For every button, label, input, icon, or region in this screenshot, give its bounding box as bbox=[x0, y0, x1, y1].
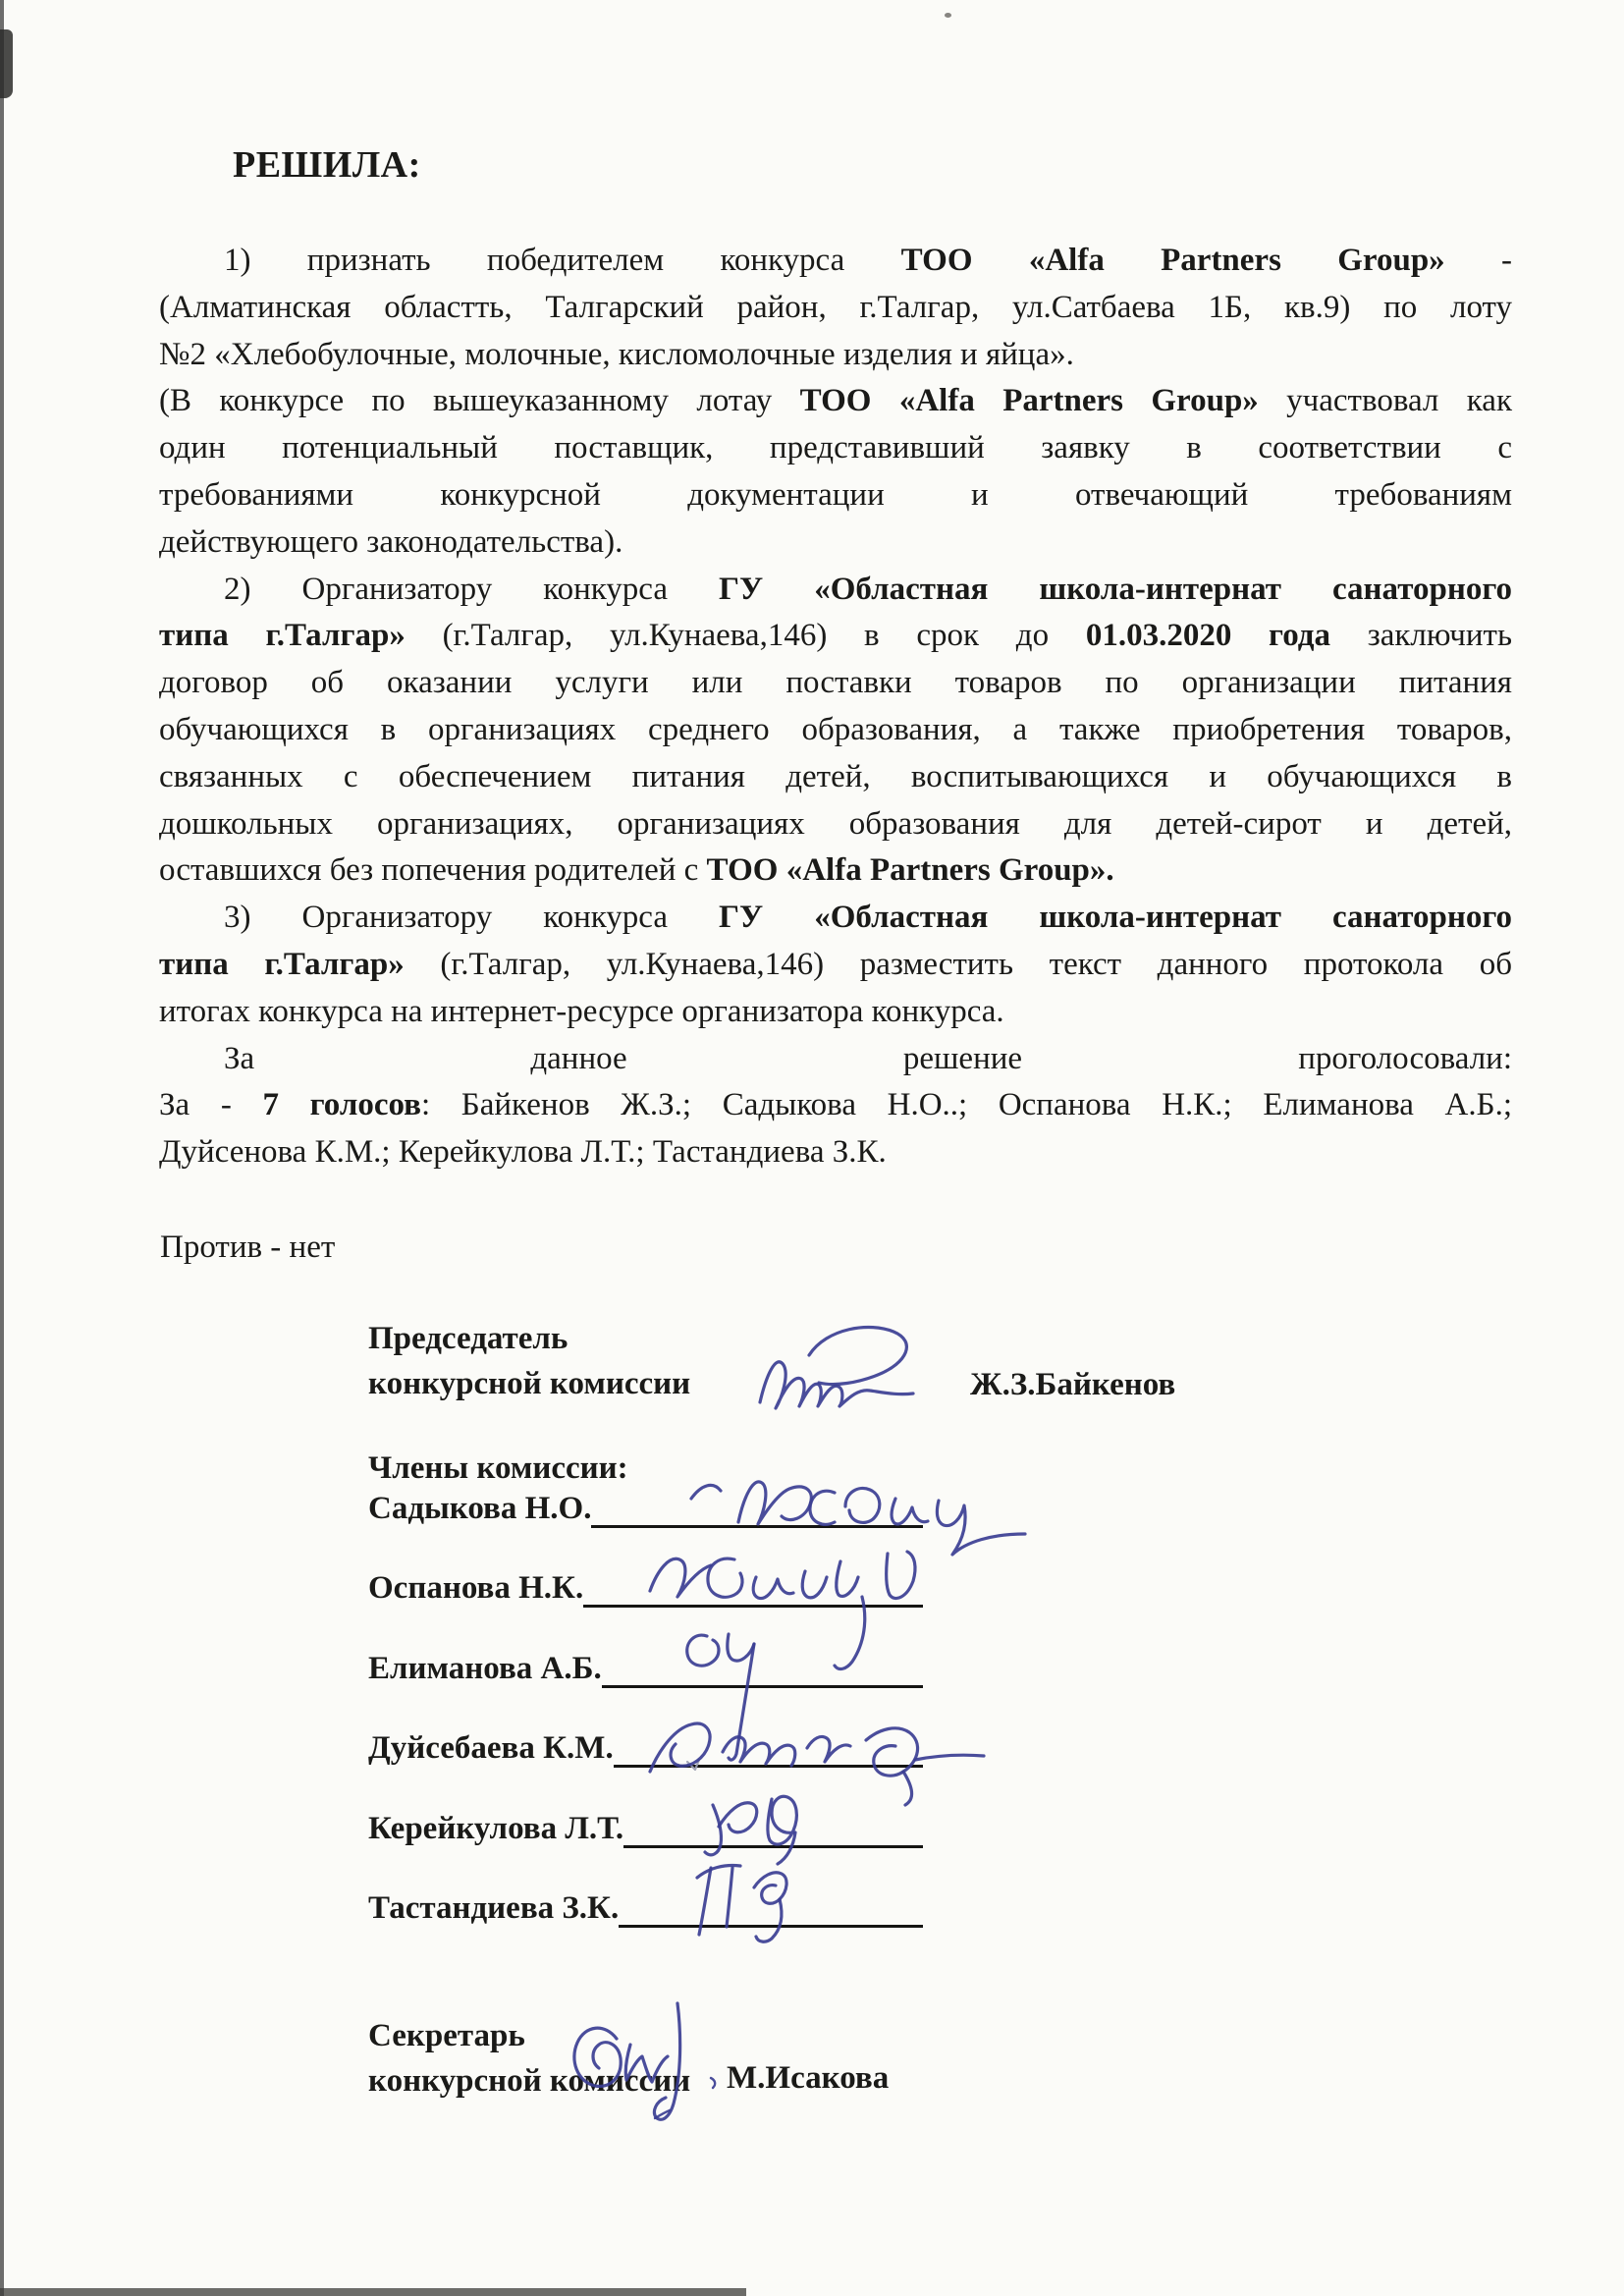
body-text: Дуйсенова К.М.; Керейкулова Л.Т.; Тастан… bbox=[159, 1134, 887, 1170]
body-line: №2 «Хлебобулочные, молочные, кисломолочн… bbox=[159, 332, 1512, 379]
body-text: - bbox=[1445, 243, 1512, 278]
body-text: оставшихся без попечения родителей с bbox=[159, 852, 707, 888]
body-line: связанных с обеспечением питания детей, … bbox=[159, 754, 1512, 801]
body-text: (г.Талгар, ул.Кунаева,146) в срок до bbox=[406, 618, 1086, 653]
body-line: оставшихся без попечения родителей с ТОО… bbox=[159, 847, 1512, 895]
member-name: Оспанова Н.К. bbox=[368, 1568, 583, 1610]
member-signature-row: Керейкулова Л.Т. bbox=[368, 1809, 923, 1850]
body-line: 1) признать победителем конкурса ТОО «Al… bbox=[159, 238, 1512, 285]
body-text: дошкольных организациях, организациях об… bbox=[159, 806, 1512, 842]
body-text: участвовал как bbox=[1259, 383, 1512, 418]
body-line: За данное решение проголосовали: bbox=[159, 1036, 1512, 1083]
member-signature-tastandieva bbox=[683, 1846, 848, 1946]
chairman-signature bbox=[752, 1320, 947, 1420]
body-text-bold: ГУ «Областная школа-интернат санаторного bbox=[719, 572, 1512, 607]
decision-body: 1) признать победителем конкурса ТОО «Al… bbox=[159, 238, 1512, 1176]
body-line: обучающихся в организациях среднего обра… bbox=[159, 707, 1512, 754]
body-line: итогах конкурса на интернет-ресурсе орга… bbox=[159, 989, 1512, 1036]
body-line: типа г.Талгар» (г.Талгар, ул.Кунаева,146… bbox=[159, 942, 1512, 989]
chairman-role: Председатель конкурсной комиссии bbox=[368, 1316, 690, 1406]
body-text: обучающихся в организациях среднего обра… bbox=[159, 712, 1512, 747]
body-text-bold: ТОО «Alfa Partners Group». bbox=[707, 852, 1114, 888]
body-text: (В конкурсе по вышеуказанному лотау bbox=[159, 383, 800, 418]
body-line: Дуйсенова К.М.; Керейкулова Л.Т.; Тастан… bbox=[159, 1129, 1512, 1176]
body-text-bold: 01.03.2020 года bbox=[1086, 618, 1330, 653]
body-text: За - bbox=[159, 1087, 262, 1122]
body-text: один потенциальный поставщик, представив… bbox=[159, 430, 1512, 465]
member-name: Елиманова А.Б. bbox=[368, 1649, 602, 1690]
body-text-bold: типа г.Талгар» bbox=[159, 947, 405, 982]
body-text: (Алматинская областть, Талгарский район,… bbox=[159, 290, 1512, 325]
scan-speck bbox=[945, 13, 951, 18]
body-text: 3) Организатору конкурса bbox=[224, 900, 719, 935]
body-line: договор об оказании услуги или поставки … bbox=[159, 660, 1512, 707]
member-name: Тастандиева З.К. bbox=[368, 1888, 619, 1930]
body-line: (Алматинская областть, Талгарский район,… bbox=[159, 285, 1512, 332]
body-text: договор об оказании услуги или поставки … bbox=[159, 665, 1512, 700]
body-text: заключить bbox=[1330, 618, 1512, 653]
body-text: связанных с обеспечением питания детей, … bbox=[159, 759, 1512, 794]
body-text: : Байкенов Ж.З.; Садыкова Н.О..; Оспанов… bbox=[421, 1087, 1512, 1122]
body-text-bold: типа г.Талгар» bbox=[159, 618, 406, 653]
member-name: Дуйсебаева К.М. bbox=[368, 1728, 614, 1770]
member-name: Керейкулова Л.Т. bbox=[368, 1809, 623, 1850]
body-line: (В конкурсе по вышеуказанному лотау ТОО … bbox=[159, 378, 1512, 425]
body-text: 1) признать победителем конкурса bbox=[224, 243, 901, 278]
body-text: (г.Талгар, ул.Кунаева,146) разместить те… bbox=[405, 947, 1512, 982]
scan-edge-left bbox=[0, 0, 4, 2296]
body-line: 2) Организатору конкурса ГУ «Областная ш… bbox=[159, 567, 1512, 614]
body-text: итогах конкурса на интернет-ресурсе орга… bbox=[159, 994, 1004, 1029]
body-line: типа г.Талгар» (г.Талгар, ул.Кунаева,146… bbox=[159, 613, 1512, 660]
scan-edge-bottom bbox=[0, 2288, 746, 2296]
body-line: дошкольных организациях, организациях об… bbox=[159, 801, 1512, 848]
body-line: один потенциальный поставщик, представив… bbox=[159, 425, 1512, 472]
secretary-name: М.Исакова bbox=[727, 2060, 889, 2097]
scan-edge-blob bbox=[0, 29, 13, 98]
body-line: За - 7 голосов: Байкенов Ж.З.; Садыкова … bbox=[159, 1082, 1512, 1129]
member-name: Садыкова Н.О. bbox=[368, 1489, 591, 1530]
members-heading: Члены комиссии: bbox=[368, 1446, 628, 1491]
chairman-role-line2: конкурсной комиссии bbox=[368, 1361, 690, 1406]
body-text: За данное решение проголосовали: bbox=[224, 1041, 1512, 1076]
body-text-bold: ГУ «Областная школа-интернат санаторного bbox=[719, 900, 1512, 935]
body-text: действующего законодательства). bbox=[159, 524, 623, 560]
decision-heading: РЕШИЛА: bbox=[233, 143, 421, 187]
chairman-role-line1: Председатель bbox=[368, 1316, 690, 1361]
body-text-bold: 7 голосов bbox=[262, 1087, 421, 1122]
body-text: №2 «Хлебобулочные, молочные, кисломолочн… bbox=[159, 337, 1074, 372]
body-text-bold: ТОО «Alfa Partners Group» bbox=[901, 243, 1445, 278]
body-line: действующего законодательства). bbox=[159, 519, 1512, 567]
secretary-signature bbox=[562, 1994, 736, 2143]
body-line: 3) Организатору конкурса ГУ «Областная ш… bbox=[159, 895, 1512, 942]
document-page: РЕШИЛА: 1) признать победителем конкурса… bbox=[0, 0, 1624, 2296]
against-votes-line: Против - нет bbox=[160, 1230, 335, 1266]
chairman-name: Ж.З.Байкенов bbox=[970, 1367, 1175, 1403]
body-text: требованиями конкурсной документации и о… bbox=[159, 477, 1512, 513]
body-text-bold: ТОО «Alfa Partners Group» bbox=[800, 383, 1259, 418]
body-line: требованиями конкурсной документации и о… bbox=[159, 472, 1512, 519]
body-text: 2) Организатору конкурса bbox=[224, 572, 719, 607]
